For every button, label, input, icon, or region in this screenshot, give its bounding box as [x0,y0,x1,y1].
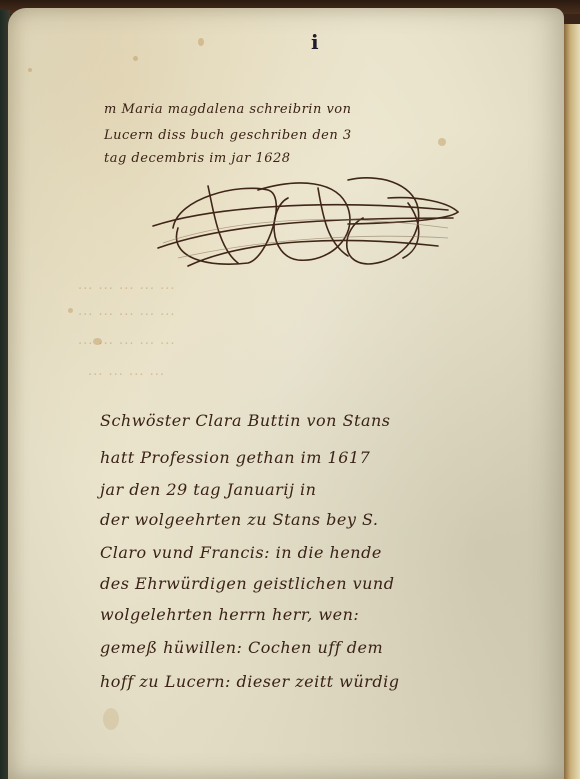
manuscript-page: i m Maria magdalena schreibrin von Lucer… [8,8,564,779]
entry-line: gemeß hüwillen: Cochen uff dem [100,638,383,657]
scribbled-signature [148,168,468,278]
ownership-note-line: tag decembris im jar 1628 [104,151,291,166]
foxing-stain [103,708,119,730]
entry-line: hatt Profession gethan im 1617 [100,448,370,467]
bleed-through-line: ... ... ... ... [88,364,165,379]
bleed-through-line: ... ... ... ... ... [78,278,176,293]
foxing-stain [198,38,204,46]
entry-line: der wolgeehrten zu Stans bey S. [100,510,378,529]
ownership-note-line: Lucern diss buch geschriben den 3 [104,128,352,143]
entry-line: jar den 29 tag Januarij in [100,480,316,499]
entry-line: des Ehrwürdigen geistlichen vund [100,574,394,593]
entry-line: hoff zu Lucern: dieser zeitt würdig [100,672,399,691]
foxing-stain [133,56,138,61]
ownership-note-line: m Maria magdalena schreibrin von [104,102,352,117]
page-number: i [311,30,319,54]
entry-line: Claro vund Francis: in die hende [100,543,382,562]
foxing-stain [68,308,73,313]
foxing-stain [28,68,32,72]
bleed-through-line: ... ... ... ... ... [78,304,176,319]
bleed-through-line: ... ... ... ... ... [78,333,176,348]
next-page-edge [564,24,580,779]
entry-line: wolgelehrten herrn herr, wen: [100,605,359,624]
foxing-stain [438,138,446,146]
entry-line: Schwöster Clara Buttin von Stans [100,411,391,430]
